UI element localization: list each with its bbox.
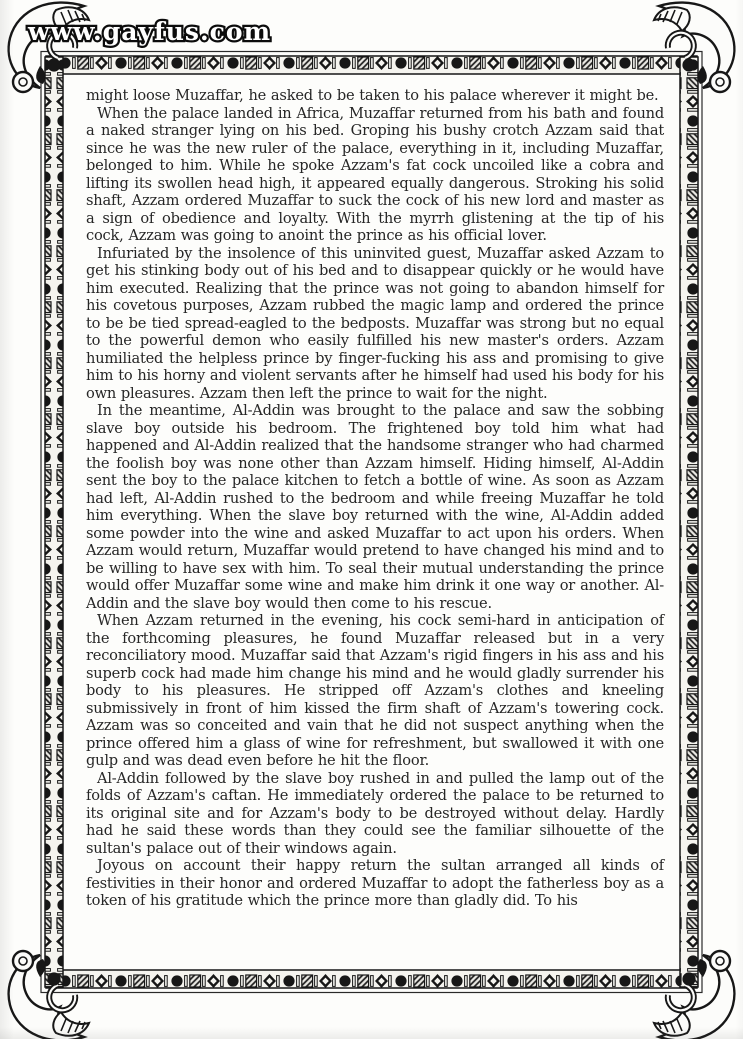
watermark: www.gayfus.com xyxy=(18,8,278,56)
frame-corner-dot xyxy=(682,58,695,71)
story-paragraph-3: Infuriated by the insolence of this unin… xyxy=(86,245,664,403)
watermark-url-text: www.gayfus.com xyxy=(27,17,271,46)
story-text: might loose Muzaffar, he asked to be tak… xyxy=(86,87,664,910)
scanned-page: www.gayfus.com might loose Muzaffar, he … xyxy=(0,0,743,1039)
frame-corner-dot xyxy=(47,58,60,71)
story-paragraph-6: Al-Addin followed by the slave boy rushe… xyxy=(86,770,664,858)
story-paragraph-4: In the meantime, Al-Addin was brought to… xyxy=(86,402,664,612)
story-paragraph-7: Joyous on account their happy return the… xyxy=(86,857,664,910)
frame-band-top xyxy=(46,56,697,74)
story-paragraph-5: When Azzam returned in the evening, his … xyxy=(86,612,664,770)
frame-band-right xyxy=(680,57,698,987)
story-paragraph-2: When the palace landed in Africa, Muzaff… xyxy=(86,105,664,245)
story-paragraph-1: might loose Muzaffar, he asked to be tak… xyxy=(86,87,664,105)
frame-band-left xyxy=(45,57,63,987)
frame-corner-dot xyxy=(682,972,695,985)
frame-corner-dot xyxy=(47,972,60,985)
frame-band-bottom xyxy=(46,970,697,988)
